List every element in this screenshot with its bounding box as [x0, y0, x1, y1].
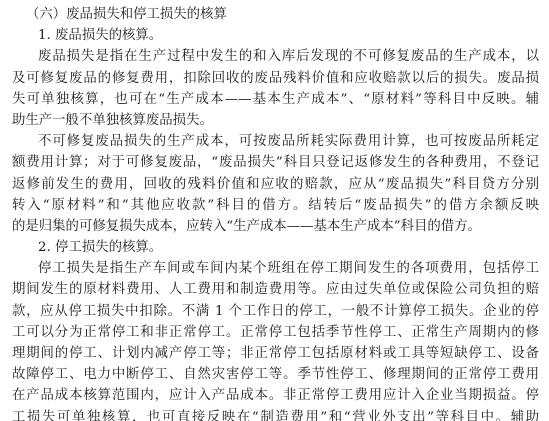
text-line: 失可单独核算，也可在“生产成本——基本生产成本”、“原材料”等科目中反映。辅	[12, 89, 539, 110]
section-heading: （六）废品损失和停工损失的核算	[12, 4, 539, 25]
text-line: 款，应从停工损失中扣除。不满 1 个工作日的停工，一般不计算停工损失。企业的停	[12, 301, 539, 322]
text-line: 期间发生的原材料费用、人工费用和制造费用等。应由过失单位或保险公司负担的赔	[12, 279, 539, 300]
text-line: 助生产一般不单独核算废品损失。	[12, 110, 539, 131]
text-line: 额费用计算；对于可修复废品，“废品损失”科目只登记返修发生的各种费用，不登记	[12, 152, 539, 173]
paragraph-scrap-loss-cost: 不可修复废品损失的生产成本，可按废品所耗实际费用计算，也可按废品所耗定 额费用计…	[12, 131, 539, 237]
text-line: 工损失可单独核算，也可直接反映在“制造费用”和“营业外支出”等科目中。辅助	[12, 407, 539, 421]
text-line: 故障停工、电力中断停工、自然灾害停工等。季节性停工、修理期间的正常停工费用	[12, 364, 539, 385]
paragraph-shutdown-loss: 停工损失是指生产车间或车间内某个班组在停工期间发生的各项费用，包括停工 期间发生…	[12, 258, 539, 421]
text-line: 转入“原材料”和“其他应收款”科目的借方。结转后“废品损失”的借方余额反映	[12, 195, 539, 216]
text-line: 不可修复废品损失的生产成本，可按废品所耗实际费用计算，也可按废品所耗定	[12, 131, 539, 152]
document-page: （六）废品损失和停工损失的核算 1. 废品损失的核算。 废品损失是指在生产过程中…	[12, 4, 539, 421]
subsection-title-shutdown-loss: 2. 停工损失的核算。	[12, 237, 539, 258]
paragraph-scrap-loss-definition: 废品损失是指在生产过程中发生的和入库后发现的不可修复废品的生产成本，以 及可修复…	[12, 46, 539, 131]
text-line: 返修前发生的费用，回收的残料价值和应收的赔款，应从“废品损失”科目贷方分别	[12, 174, 539, 195]
text-line: 的是归集的可修复损失成本，应转入“生产成本——基本生产成本”科目的借方。	[12, 216, 539, 237]
text-line: 工可以分为正常停工和非正常停工。正常停工包括季节性停工、正常生产周期内的修	[12, 322, 539, 343]
text-line: 理期间的停工、计划内减产停工等；非正常停工包括原材料或工具等短缺停工、设备	[12, 343, 539, 364]
subsection-title-scrap-loss: 1. 废品损失的核算。	[12, 25, 539, 46]
text-line: 及可修复废品的修复费用，扣除回收的废品残料价值和应收赔款以后的损失。废品损	[12, 68, 539, 89]
text-line: 在产品成本核算范围内，应计入产品成本。非正常停工费用应计入企业当期损益。停	[12, 385, 539, 406]
text-line: 停工损失是指生产车间或车间内某个班组在停工期间发生的各项费用，包括停工	[12, 258, 539, 279]
text-line: 废品损失是指在生产过程中发生的和入库后发现的不可修复废品的生产成本，以	[12, 46, 539, 67]
